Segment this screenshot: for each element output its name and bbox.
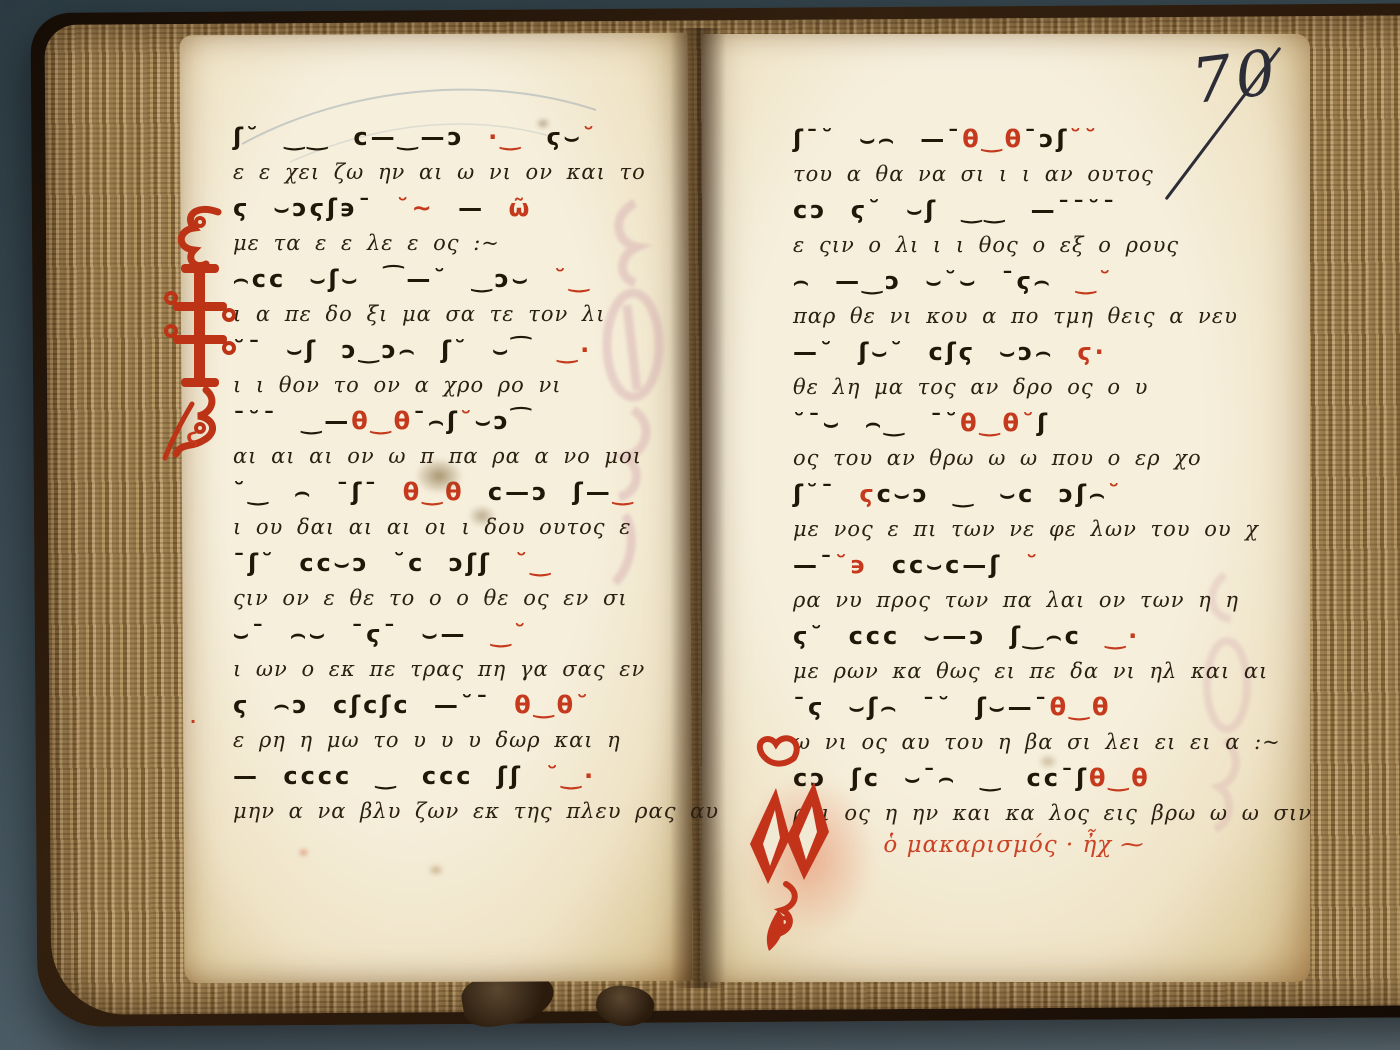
music-line: ⌢cc ⌣ʃ⌣ ⁀—˘ ‿ɔ⌣ ˘‿ι α πε δο ξι μα σα τε … [233,260,665,331]
black-neumes: —˘ ʃ⌣˘ cʃϛ ⌣ɔ⌢ [793,338,1054,366]
music-line: cɔ ϛ˘ ⌣ʃ ‿‿ —¯¯˘¯ε ςιν ο λι ι ι θος ο εξ… [793,191,1235,262]
lyric-text: ι ων ο εκ πε τρας πη γα σας εν [233,655,665,686]
lyric-text: ι ι θον το ον α χρο ρο νι [233,371,665,402]
lyric-text: ε ε χει ζω ην αι ω νι ον και το [233,158,665,189]
manuscript-photo: { "book": { "description_colors": { "bac… [0,0,1400,1050]
stain [428,864,444,876]
black-neumes: — cccc ‿ ccc ʃʃ [233,762,523,790]
music-line: —¯˘϶ cc⌣c—ʃ ˘ρα νυ προς των πα λαι ον τω… [793,546,1235,617]
lyric-text: ε ςιν ο λι ι ι θος ο εξ ο ρους [793,231,1235,262]
lyric-text: μην α να βλυ ζων εκ της πλευ ρας αυ [233,797,665,828]
neume-row: ¯ϛ ⌣ʃ⌢ ¯˘ ʃ⌣—¯θ‿θ [793,688,1235,728]
black-neumes: ϛ ⌢ɔ cʃcʃc —˘¯ [233,691,491,719]
red-neumes: ˘˘ [1069,125,1099,153]
neume-row: ϛ ⌣ɔϛʃ϶¯ ˘~ — ῶ [233,189,665,229]
lyric-text: ι ου δαι αι αι οι ι δου ουτος ε [233,513,665,544]
red-neumes: ῶ [508,194,532,222]
black-neumes: ʃ¯˘ ⌣⌢ —¯ [793,125,962,153]
black-neumes: ϛ ⌣ɔϛʃ϶¯ [233,194,397,222]
neume-row: ϛ ⌢ɔ cʃcʃc —˘¯ θ‿θ˘ [233,686,665,726]
neume-row: ⌣¯ ⌢⌣ ¯ϛ¯ ⌣— ‿˘ [233,615,665,655]
black-neumes: ˘‿ ⌢ ¯ʃ¯ [233,478,403,506]
red-neumes: θ‿θ˘ [491,691,591,719]
music-line: ⌢ —‿ɔ ⌣˘⌣ ¯ϛ⌢ ‿˘παρ θε νι κου α πο τμη θ… [793,262,1235,333]
neume-row: ⌢cc ⌣ʃ⌣ ⁀—˘ ‿ɔ⌣ ˘‿ [233,260,665,300]
lyric-text: παρ θε νι κου α πο τμη θεις α νευ [793,302,1235,333]
music-line: ¯ʃ˘ cc⌣ɔ ˘c ɔʃʃ ˘‿ςιν ον ε θε το ο ο θε … [233,544,665,615]
red-neumes: ϛ· [1054,338,1107,366]
red-neumes: ˘‿· [523,762,596,790]
black-neumes: ϛ⌣ [546,123,582,151]
stain [415,458,463,494]
red-neumes: θ‿θ˘ [960,409,1037,437]
neume-row: —¯˘϶ cc⌣c—ʃ ˘ [793,546,1235,586]
neume-row: —˘ ʃ⌣˘ cʃϛ ⌣ɔ⌢ ϛ· [793,333,1235,373]
red-neumes: ‿· [1082,622,1140,650]
black-neumes: ʃ [1037,409,1050,437]
neume-row: ¯˘¯ ‿—θ‿θ¯⌢ʃ˘⌣ɔ⁀ [233,402,665,442]
black-neumes: ⌣ɔ⁀ [475,407,534,435]
black-neumes: —¯ [793,551,835,579]
ornate-cross-initial-icon [160,202,240,462]
red-neumes: ˘‿ [531,265,592,293]
black-neumes: ¯ɔʃ [1024,125,1069,153]
lyric-text: ι α πε δο ξι μα σα τε τον λι [233,300,665,331]
neume-row: ⌢ —‿ɔ ⌣˘⌣ ¯ϛ⌢ ‿˘ [793,262,1235,302]
lyric-text: με νος ε πι των νε φε λων του ου χ [793,515,1235,546]
red-neumes: ˘‿ [492,549,553,577]
neume-row: cɔ ʃc ⌣¯⌢ ‿ cc¯ʃθ‿θ [793,759,1235,799]
red-neumes: ˘ [1108,480,1123,508]
red-neumes: ‿· [534,336,592,364]
black-neumes: ¯⌢ʃ [413,407,460,435]
lyric-text: με ρων κα θως ει πε δα νι ηλ και αι [793,657,1235,688]
music-line: —˘ ʃ⌣˘ cʃϛ ⌣ɔ⌢ ϛ·θε λη μα τος αν δρο ος … [793,333,1235,404]
ornate-omega-initial-icon [742,732,832,952]
black-neumes: ˘¯⌣ ⌢‿ ¯˘ [793,409,960,437]
red-neumes: ‿˘ [467,620,528,648]
music-line: — cccc ‿ ccc ʃʃ ˘‿·μην α να βλυ ζων εκ τ… [233,757,665,828]
black-neumes: c—ɔ ʃ— [465,478,613,506]
red-neumes: ˘~ [397,194,458,222]
lyric-text: ρα νυ προς των πα λαι ον των η η [793,586,1235,617]
black-neumes: ¯ʃ˘ cc⌣ɔ ˘c ɔʃʃ [233,549,492,577]
music-line: ⌣¯ ⌢⌣ ¯ϛ¯ ⌣— ‿˘ι ων ο εκ πε τρας πη γα σ… [233,615,665,686]
music-line: ¯ϛ ⌣ʃ⌢ ¯˘ ʃ⌣—¯θ‿θω νι ος αυ του η βα σι … [793,688,1235,759]
lyric-text: ςιν ον ε θε το ο ο θε ος εν σι [233,584,665,615]
red-neumes: θ‿θ [962,125,1024,153]
red-neumes: ‿˘ [1053,267,1114,295]
neume-row: ʃ˘¯ ϛc⌣ɔ ‿ ⌣c ɔʃ⌢˘ [793,475,1235,515]
neume-row: ϛ˘ ccc ⌣—ɔ ʃ‿⌢c ‿· [793,617,1235,657]
stain [536,118,550,129]
red-neumes: θ‿θ [351,407,413,435]
black-neumes: — [458,194,508,222]
black-neumes: ⌢cc ⌣ʃ⌣ ⁀—˘ ‿ɔ⌣ [233,265,531,293]
lyric-text: του α θα να σι ι ι αν ουτος [793,160,1235,191]
black-neumes: ¯ϛ ⌣ʃ⌢ ¯˘ ʃ⌣—¯ [793,693,1050,721]
neume-row: ¯ʃ˘ cc⌣ɔ ˘c ɔʃʃ ˘‿ [233,544,665,584]
lyric-text: ε ρη η μω το υ υ υ δωρ και η [233,726,665,757]
stain [1038,754,1058,769]
music-line: ϛ˘ ccc ⌣—ɔ ʃ‿⌢c ‿·με ρων κα θως ει πε δα… [793,617,1235,688]
red-neumes: ˘ [460,407,475,435]
red-neumes: ˘ [1002,551,1040,579]
lyric-text: ραι ος η ην και κα λος εις βρω ω ω σιν [793,799,1235,830]
margin-mark: · [190,712,196,731]
red-neumes: ‿ [613,478,636,506]
lyric-text: με τα ε ε λε ε ος :~ [233,229,665,260]
red-neumes: ˘϶ [835,551,868,579]
black-neumes: ʃ˘ ‿‿ c—‿—ɔ [233,123,488,151]
lyric-text: ος του αν θρω ω ω που ο ερ χο [793,444,1235,475]
black-neumes: ˘¯ ⌣ʃ ɔ‿ɔ⌢ ʃ˘ ⌣⁀ [233,336,534,364]
black-neumes: ¯˘¯ ‿— [233,407,351,435]
neume-row: — cccc ‿ ccc ʃʃ ˘‿· [233,757,665,797]
rubric-heading: ὁ μακαρισμός · ἦχ ⁓ [793,832,1235,858]
music-line: ˘¯ ⌣ʃ ɔ‿ɔ⌢ ʃ˘ ⌣⁀ ‿·ι ι θον το ον α χρο ρ… [233,331,665,402]
neume-row: ˘¯⌣ ⌢‿ ¯˘θ‿θ˘ʃ [793,404,1235,444]
music-line: ϛ ⌣ɔϛʃ϶¯ ˘~ — ῶμε τα ε ε λε ε ος :~ [233,189,665,260]
lyric-text: θε λη μα τος αν δρο ος ο υ [793,373,1235,404]
red-neumes: θ‿θ [1089,764,1151,792]
black-neumes: cɔ ϛ˘ ⌣ʃ ‿‿ —¯¯˘¯ [793,196,1118,224]
red-neumes: θ‿θ [1050,693,1112,721]
lyric-text: ω νι ος αυ του η βα σι λει ει ει α :~ [793,728,1235,759]
black-neumes: c⌣ɔ ‿ ⌣c ɔʃ⌢ [877,480,1108,508]
music-line: ʃ˘¯ ϛc⌣ɔ ‿ ⌣c ɔʃ⌢˘με νος ε πι των νε φε … [793,475,1235,546]
black-neumes: ϛ˘ ccc ⌣—ɔ ʃ‿⌢c [793,622,1082,650]
black-neumes: cc⌣c—ʃ [868,551,1002,579]
music-line: ʃ˘ ‿‿ c—‿—ɔ ·‿ ϛ⌣˘ε ε χει ζω ην αι ω νι … [233,118,665,189]
music-line: cɔ ʃc ⌣¯⌢ ‿ cc¯ʃθ‿θραι ος η ην και κα λο… [793,759,1235,830]
red-neumes: ϛ [859,480,876,508]
black-neumes: ʃ˘¯ [793,480,859,508]
black-neumes: ⌢ —‿ɔ ⌣˘⌣ ¯ϛ⌢ [793,267,1053,295]
right-page-text-block: ʃ¯˘ ⌣⌢ —¯θ‿θ¯ɔʃ˘˘του α θα να σι ι ι αν ο… [793,120,1235,858]
red-neumes: ˘ [583,123,598,151]
neume-row: ˘¯ ⌣ʃ ɔ‿ɔ⌢ ʃ˘ ⌣⁀ ‿· [233,331,665,371]
neume-row: ʃ¯˘ ⌣⌢ —¯θ‿θ¯ɔʃ˘˘ [793,120,1235,160]
stain [468,505,496,527]
music-line: ʃ¯˘ ⌣⌢ —¯θ‿θ¯ɔʃ˘˘του α θα να σι ι ι αν ο… [793,120,1235,191]
black-neumes: ⌣¯ ⌢⌣ ¯ϛ¯ ⌣— [233,620,467,648]
music-line: ϛ ⌢ɔ cʃcʃc —˘¯ θ‿θ˘ε ρη η μω το υ υ υ δω… [233,686,665,757]
music-line: ˘¯⌣ ⌢‿ ¯˘θ‿θ˘ʃος του αν θρω ω ω που ο ερ… [793,404,1235,475]
stain [298,848,309,857]
neume-row: ʃ˘ ‿‿ c—‿—ɔ ·‿ ϛ⌣˘ [233,118,665,158]
